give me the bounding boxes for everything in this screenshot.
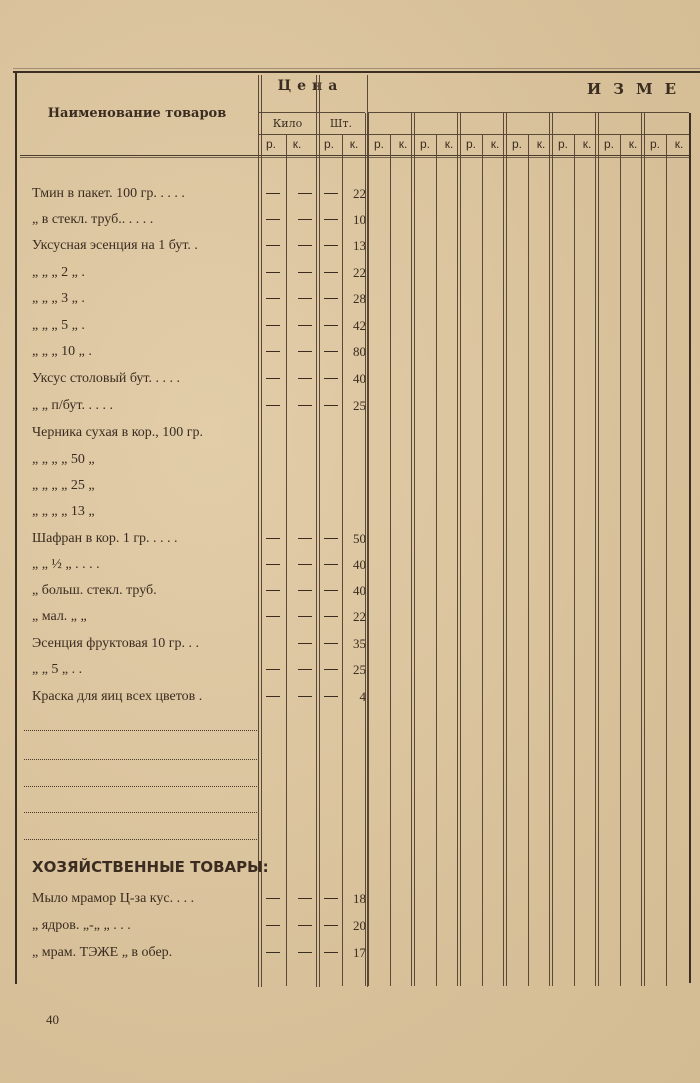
price-dash-kilo-r <box>266 564 280 565</box>
page-number: 40 <box>46 1012 59 1028</box>
price-dash-sht-r <box>324 538 338 539</box>
table-row: Уксус столовый бут. . . . .40 <box>0 366 700 392</box>
item-name: Шафран в кор. 1 гр. . . . . <box>32 526 258 552</box>
price-dash-kilo-r <box>266 219 280 220</box>
price-dash-kilo-r <box>266 298 280 299</box>
price-dash-kilo-k <box>298 351 312 352</box>
table-row: Краска для яиц всех цветов .4 <box>0 684 700 710</box>
price-dash-kilo-k <box>298 925 312 926</box>
subheader-rub: р. <box>552 137 574 151</box>
item-name: „ ядров. „-„ „ . . . <box>32 913 258 939</box>
price-dash-sht-r <box>324 351 338 352</box>
item-name: „ „ „ 5 „ . <box>32 313 258 339</box>
price-dash-kilo-r <box>266 696 280 697</box>
column-header-price: Цена <box>258 78 363 94</box>
price-dash-kilo-r <box>266 616 280 617</box>
price-dash-sht-r <box>324 193 338 194</box>
column-header-change: ИЗМЕ <box>587 80 688 98</box>
blank-entry-line <box>24 839 257 840</box>
price-kopecks: 25 <box>342 393 366 419</box>
price-kopecks: 13 <box>342 233 366 259</box>
price-dash-kilo-r <box>266 898 280 899</box>
price-dash-kilo-k <box>298 564 312 565</box>
item-name: „ „ „ 3 „ . <box>32 286 258 312</box>
item-name: „ „ 5 „ . . <box>32 657 258 683</box>
blank-entry-line <box>24 730 257 731</box>
table-row: „ „ „ „ 50 „ <box>0 447 700 473</box>
price-dash-kilo-r <box>266 351 280 352</box>
table-row: „ „ „ 10 „ .80 <box>0 339 700 365</box>
price-dash-sht-r <box>324 272 338 273</box>
subheader-kilo: Кило <box>260 117 315 130</box>
price-list-page: Наименование товаров Цена ИЗМЕ Кило Шт. … <box>0 0 700 1083</box>
price-dash-kilo-r <box>266 272 280 273</box>
price-dash-sht-r <box>324 298 338 299</box>
table-row: Мыло мрамор Ц-за кус. . . .18 <box>0 886 700 912</box>
table-row: „ „ п/бут. . . . .25 <box>0 393 700 419</box>
price-dash-kilo-r <box>266 405 280 406</box>
header-divider-units <box>258 134 689 135</box>
price-kopecks: 20 <box>342 913 366 939</box>
table-row: Эсенция фруктовая 10 гр. . .35 <box>0 631 700 657</box>
price-kopecks: 17 <box>342 940 366 966</box>
table-row: „ „ „ 3 „ .28 <box>0 286 700 312</box>
price-dash-kilo-k <box>298 193 312 194</box>
price-dash-kilo-k <box>298 325 312 326</box>
price-dash-kilo-r <box>266 538 280 539</box>
item-name: „ больш. стекл. труб. <box>32 578 258 604</box>
price-dash-kilo-r <box>266 193 280 194</box>
price-dash-kilo-r <box>266 925 280 926</box>
column-header-name: Наименование товаров <box>17 73 257 153</box>
subheader-rub: р. <box>598 137 620 151</box>
subheader-rub: р. <box>460 137 482 151</box>
price-dash-kilo-r <box>266 325 280 326</box>
price-dash-kilo-r <box>266 952 280 953</box>
header-divider-price <box>258 112 365 113</box>
table-row: „ „ „ 5 „ .42 <box>0 313 700 339</box>
table-row: „ „ ½ „ . . . .40 <box>0 552 700 578</box>
item-name: Мыло мрамор Ц-за кус. . . . <box>32 886 258 912</box>
item-name: Тмин в пакет. 100 гр. . . . . <box>32 181 258 207</box>
price-dash-kilo-k <box>298 405 312 406</box>
section-title-household: ХОЗЯЙСТВЕННЫЕ ТОВАРЫ: <box>32 858 269 876</box>
price-dash-kilo-k <box>298 952 312 953</box>
price-dash-sht-r <box>324 952 338 953</box>
table-row: Уксусная эсенция на 1 бут. .13 <box>0 233 700 259</box>
table-row: „ ядров. „-„ „ . . .20 <box>0 913 700 939</box>
subheader-rub: р. <box>506 137 528 151</box>
item-name: „ „ ½ „ . . . . <box>32 552 258 578</box>
table-row: Шафран в кор. 1 гр. . . . .50 <box>0 526 700 552</box>
price-dash-kilo-k <box>298 590 312 591</box>
item-name: „ „ „ „ 25 „ <box>32 473 258 499</box>
price-dash-kilo-r <box>266 378 280 379</box>
price-dash-kilo-k <box>298 898 312 899</box>
price-kopecks: 22 <box>342 260 366 286</box>
price-dash-sht-r <box>324 898 338 899</box>
price-dash-kilo-k <box>298 538 312 539</box>
price-kopecks: 80 <box>342 339 366 365</box>
price-kopecks: 25 <box>342 657 366 683</box>
blank-entry-line <box>24 759 257 760</box>
item-name: „ „ „ 10 „ . <box>32 339 258 365</box>
price-dash-sht-r <box>324 245 338 246</box>
price-dash-sht-r <box>324 616 338 617</box>
price-dash-sht-r <box>324 378 338 379</box>
price-dash-kilo-k <box>298 245 312 246</box>
header-bottom-line <box>20 155 689 156</box>
price-dash-kilo-k <box>298 378 312 379</box>
frame-top-thin-line <box>13 68 700 69</box>
price-dash-kilo-k <box>298 298 312 299</box>
item-name: „ „ п/бут. . . . . <box>32 393 258 419</box>
price-dash-kilo-k <box>298 643 312 644</box>
item-name: Черника сухая в кор., 100 гр. <box>32 420 258 446</box>
item-name: Краска для яиц всех цветов . <box>32 684 258 710</box>
price-dash-sht-r <box>324 590 338 591</box>
subheader-kop: к. <box>343 137 365 151</box>
price-dash-kilo-k <box>298 219 312 220</box>
price-kopecks: 42 <box>342 313 366 339</box>
table-row: „ мрам. ТЭЖЕ „ в обер.17 <box>0 940 700 966</box>
table-row: Тмин в пакет. 100 гр. . . . .22 <box>0 181 700 207</box>
header-bottom-line-2 <box>20 157 689 158</box>
price-dash-sht-r <box>324 405 338 406</box>
table-row: „ мал. „ „22 <box>0 604 700 630</box>
subheader-rub: р. <box>318 137 340 151</box>
table-row: Черника сухая в кор., 100 гр. <box>0 420 700 446</box>
price-dash-kilo-r <box>266 590 280 591</box>
price-dash-sht-r <box>324 696 338 697</box>
table-row: „ „ 5 „ . .25 <box>0 657 700 683</box>
price-dash-sht-r <box>324 925 338 926</box>
subheader-kop: к. <box>668 137 690 151</box>
table-row: „ „ „ „ 13 „ <box>0 499 700 525</box>
table-row: „ больш. стекл. труб.40 <box>0 578 700 604</box>
item-name: Эсенция фруктовая 10 гр. . . <box>32 631 258 657</box>
blank-entry-line <box>24 786 257 787</box>
price-kopecks: 40 <box>342 552 366 578</box>
blank-entry-line <box>24 812 257 813</box>
table-row: „ „ „ 2 „ .22 <box>0 260 700 286</box>
subheader-rub: р. <box>414 137 436 151</box>
price-dash-kilo-r <box>266 669 280 670</box>
price-kopecks: 40 <box>342 366 366 392</box>
price-dash-sht-r <box>324 564 338 565</box>
item-name: „ в стекл. труб.. . . . . <box>32 207 258 233</box>
price-dash-sht-r <box>324 669 338 670</box>
price-kopecks: 40 <box>342 578 366 604</box>
item-name: Уксус столовый бут. . . . . <box>32 366 258 392</box>
price-kopecks: 4 <box>342 684 366 710</box>
table-row: „ „ „ „ 25 „ <box>0 473 700 499</box>
item-name: „ „ „ „ 50 „ <box>32 447 258 473</box>
price-dash-kilo-k <box>298 696 312 697</box>
price-kopecks: 18 <box>342 886 366 912</box>
price-kopecks: 22 <box>342 604 366 630</box>
price-kopecks: 50 <box>342 526 366 552</box>
price-dash-kilo-k <box>298 272 312 273</box>
price-kopecks: 22 <box>342 181 366 207</box>
table-row: „ в стекл. труб.. . . . .10 <box>0 207 700 233</box>
item-name: „ „ „ „ 13 „ <box>32 499 258 525</box>
price-dash-sht-r <box>324 325 338 326</box>
item-name: „ мрам. ТЭЖЕ „ в обер. <box>32 940 258 966</box>
subheader-kop: к. <box>286 137 308 151</box>
subheader-rub: р. <box>260 137 282 151</box>
subheader-piece: Шт. <box>318 117 364 130</box>
item-name: Уксусная эсенция на 1 бут. . <box>32 233 258 259</box>
price-dash-kilo-r <box>266 245 280 246</box>
price-dash-kilo-k <box>298 669 312 670</box>
subheader-rub: р. <box>644 137 666 151</box>
price-kopecks: 10 <box>342 207 366 233</box>
subheader-rub: р. <box>368 137 390 151</box>
price-dash-sht-r <box>324 219 338 220</box>
item-name: „ „ „ 2 „ . <box>32 260 258 286</box>
price-dash-sht-r <box>324 643 338 644</box>
item-name: „ мал. „ „ <box>32 604 258 630</box>
price-dash-kilo-k <box>298 616 312 617</box>
price-kopecks: 35 <box>342 631 366 657</box>
price-kopecks: 28 <box>342 286 366 312</box>
